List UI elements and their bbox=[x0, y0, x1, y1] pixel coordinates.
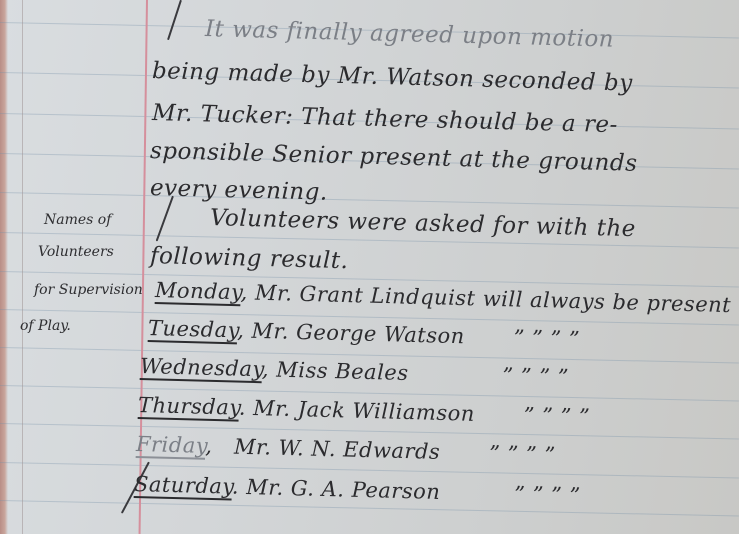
schedule-row: Thursday. Mr. Jack Williamson ” ” ” ” bbox=[138, 393, 633, 430]
outer-margin-line bbox=[22, 0, 23, 534]
schedule-day: Tuesday bbox=[148, 316, 238, 342]
schedule-day: Friday bbox=[136, 432, 206, 458]
ditto-marks: ” ” ” ” bbox=[447, 440, 598, 468]
schedule-name: Mr. G. A. Pearson bbox=[246, 475, 441, 504]
ditto-marks: ” ” ” ” bbox=[482, 402, 633, 430]
ruled-line bbox=[0, 192, 739, 208]
margin-note-line: for Supervision bbox=[34, 282, 143, 298]
body-text-line: It was finally agreed upon motion bbox=[205, 16, 615, 53]
schedule-day: Thursday bbox=[138, 393, 240, 420]
page-edge bbox=[0, 0, 8, 534]
margin-note-line: Volunteers bbox=[38, 244, 114, 260]
margin-note-line: of Play. bbox=[20, 318, 71, 334]
margin-note-line: Names of bbox=[44, 212, 111, 228]
ruled-line bbox=[0, 462, 739, 478]
schedule-name: Miss Beales bbox=[276, 358, 409, 385]
body-text-line: Mr. Tucker: That there should be a re- bbox=[152, 100, 619, 138]
body-text-line: every evening. bbox=[150, 175, 328, 206]
schedule-day: Monday bbox=[155, 278, 241, 304]
schedule-day: Saturday bbox=[134, 472, 233, 499]
body-text-line: Volunteers were asked for with the bbox=[210, 205, 637, 242]
ditto-marks: ” ” ” ” bbox=[415, 361, 656, 391]
schedule-day: Wednesday bbox=[140, 354, 263, 381]
schedule-row: Friday, Mr. W. N. Edwards ” ” ” ” bbox=[136, 432, 598, 468]
schedule-note: will always be present bbox=[482, 287, 731, 317]
pen-flourish bbox=[167, 0, 182, 40]
schedule-name: Mr. Grant Lindquist bbox=[255, 281, 476, 311]
body-text-line: being made by Mr. Watson seconded by bbox=[152, 58, 633, 97]
body-text-line: following result. bbox=[150, 243, 349, 274]
schedule-name: Mr. W. N. Edwards bbox=[234, 435, 441, 464]
schedule-name: Mr. George Watson bbox=[251, 319, 465, 349]
schedule-name: Mr. Jack Williamson bbox=[253, 396, 475, 426]
notebook-page: Names of Volunteers for Supervision of P… bbox=[0, 0, 739, 534]
ditto-marks: ” ” ” ” bbox=[447, 480, 648, 509]
body-text-line: sponsible Senior present at the grounds bbox=[150, 138, 638, 177]
ditto-marks: ” ” ” ” bbox=[472, 324, 623, 352]
